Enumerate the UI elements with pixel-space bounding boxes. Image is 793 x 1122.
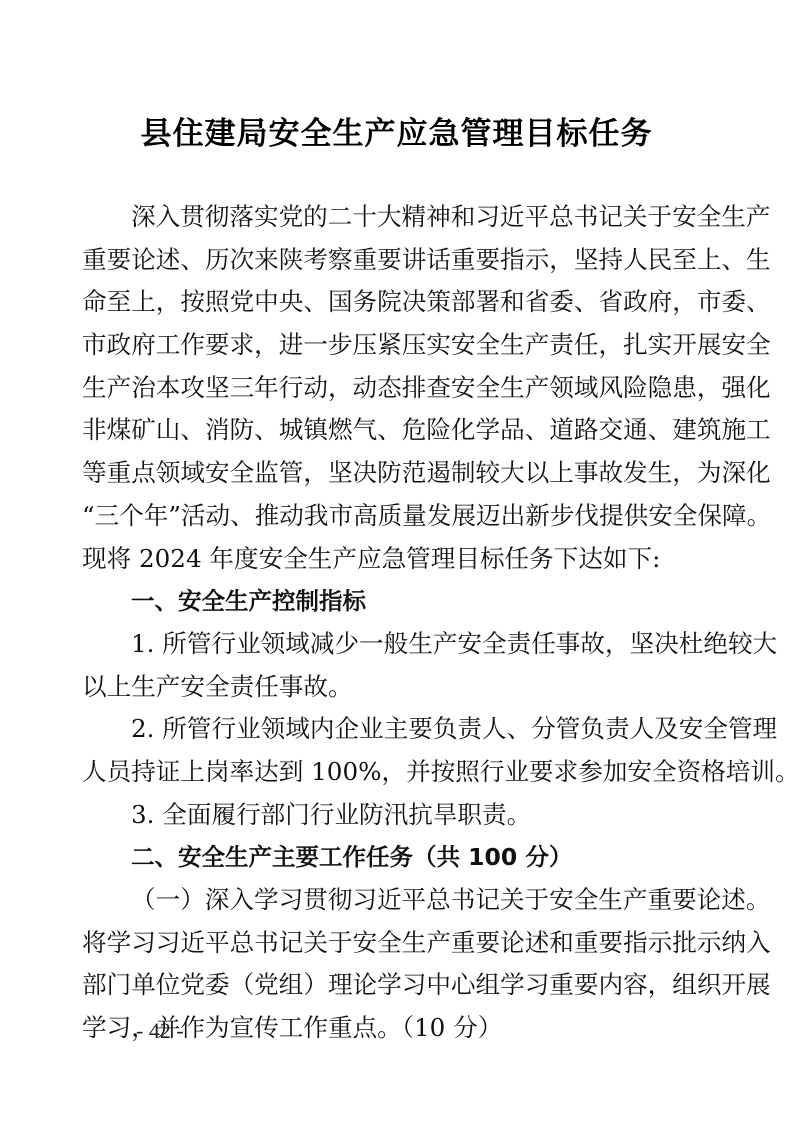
paragraph-line: 3. 全面履行部门行业防汛抗旱职责。 xyxy=(82,794,714,837)
paragraph-line: （一）深入学习贯彻习近平总书记关于安全生产重要论述。 xyxy=(82,879,714,922)
paragraph-line: 市政府工作要求，进一步压紧压实安全生产责任，扎实开展安全 xyxy=(82,324,714,367)
page-number: - 42 - xyxy=(136,1018,184,1044)
paragraph-line: 2. 所管行业领域内企业主要负责人、分管负责人及安全管理 xyxy=(82,708,714,751)
paragraph-line: 以上生产安全责任事故。 xyxy=(82,666,714,709)
paragraph-line: 生产治本攻坚三年行动，动态排查安全生产领域风险隐患，强化 xyxy=(82,367,714,410)
paragraph-line: “三个年”活动、推动我市高质量发展迈出新步伐提供安全保障。 xyxy=(82,495,714,538)
paragraph-line: 1. 所管行业领域减少一般生产安全责任事故，坚决杜绝较大 xyxy=(82,623,714,666)
paragraph-line: 非煤矿山、消防、城镇燃气、危险化学品、道路交通、建筑施工 xyxy=(82,409,714,452)
paragraph-line: 将学习习近平总书记关于安全生产重要论述和重要指示批示纳入 xyxy=(82,922,714,965)
paragraph-line: 命至上，按照党中央、国务院决策部署和省委、省政府，市委、 xyxy=(82,281,714,324)
paragraph-line: 重要论述、历次来陕考察重要讲话重要指示，坚持人民至上、生 xyxy=(82,239,714,282)
paragraph-line: 人员持证上岗率达到 100%，并按照行业要求参加安全资格培训。 xyxy=(82,751,714,794)
document-title: 县住建局安全生产应急管理目标任务 xyxy=(0,108,793,153)
section-heading: 一、安全生产控制指标 xyxy=(82,580,714,623)
paragraph-line: 现将 2024 年度安全生产应急管理目标任务下达如下: xyxy=(82,538,714,581)
paragraph-line: 部门单位党委（党组）理论学习中心组学习重要内容，组织开展 xyxy=(82,964,714,1007)
paragraph-line: 深入贯彻落实党的二十大精神和习近平总书记关于安全生产 xyxy=(82,196,714,239)
paragraph-line: 等重点领域安全监管，坚决防范遏制较大以上事故发生，为深化 xyxy=(82,452,714,495)
document-body: 深入贯彻落实党的二十大精神和习近平总书记关于安全生产重要论述、历次来陕考察重要讲… xyxy=(82,196,714,1050)
document-page: 县住建局安全生产应急管理目标任务 深入贯彻落实党的二十大精神和习近平总书记关于安… xyxy=(0,0,793,1122)
section-heading: 二、安全生产主要工作任务（共 100 分） xyxy=(82,836,714,879)
